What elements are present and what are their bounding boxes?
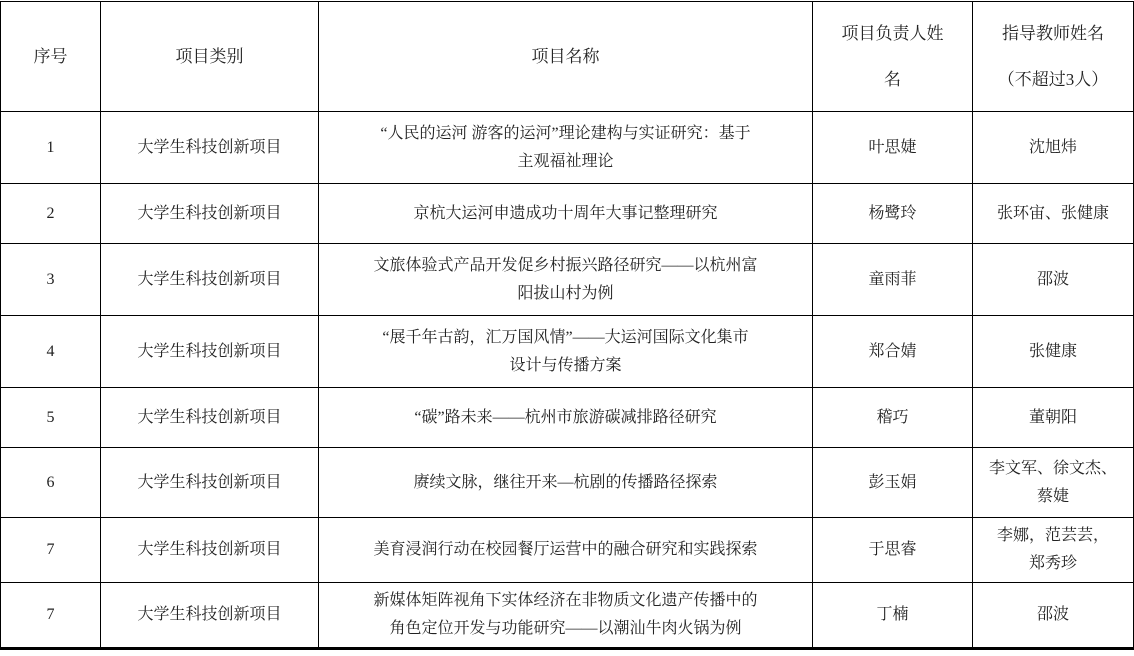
cell-project-name: 新媒体矩阵视角下实体经济在非物质文化遗产传播中的 角色定位开发与功能研究——以潮… (319, 583, 813, 649)
cell-index: 7 (1, 583, 101, 649)
project-list-table: 序号 项目类别 项目名称 项目负责人姓 名 指导教师姓名 （不超过3人） 1 大… (0, 1, 1134, 650)
cell-project-name: 京杭大运河申遗成功十周年大事记整理研究 (319, 184, 813, 244)
cell-category: 大学生科技创新项目 (101, 518, 319, 583)
cell-leader: 稽巧 (813, 388, 973, 448)
cell-category: 大学生科技创新项目 (101, 244, 319, 316)
cell-advisor: 张环宙、张健康 (973, 184, 1134, 244)
cell-leader: 郑合婧 (813, 316, 973, 388)
table-row: 1 大学生科技创新项目 “人民的运河 游客的运河”理论建构与实证研究：基于 主观… (1, 112, 1134, 184)
cell-index: 4 (1, 316, 101, 388)
table-row: 3 大学生科技创新项目 文旅体验式产品开发促乡村振兴路径研究——以杭州富 阳拔山… (1, 244, 1134, 316)
cell-category: 大学生科技创新项目 (101, 112, 319, 184)
cell-advisor: 邵波 (973, 244, 1134, 316)
cell-category: 大学生科技创新项目 (101, 316, 319, 388)
cell-index: 6 (1, 448, 101, 518)
cell-index: 3 (1, 244, 101, 316)
cell-advisor: 沈旭炜 (973, 112, 1134, 184)
cell-category: 大学生科技创新项目 (101, 583, 319, 649)
cell-category: 大学生科技创新项目 (101, 388, 319, 448)
cell-advisor: 董朝阳 (973, 388, 1134, 448)
cell-project-name: 美育浸润行动在校园餐厅运营中的融合研究和实践探索 (319, 518, 813, 583)
cell-project-name: 赓续文脉，继往开来—杭剧的传播路径探索 (319, 448, 813, 518)
table-row: 6 大学生科技创新项目 赓续文脉，继往开来—杭剧的传播路径探索 彭玉娟 李文军、… (1, 448, 1134, 518)
cell-leader: 童雨菲 (813, 244, 973, 316)
table-row: 7 大学生科技创新项目 美育浸润行动在校园餐厅运营中的融合研究和实践探索 于思睿… (1, 518, 1134, 583)
cell-advisor: 张健康 (973, 316, 1134, 388)
cell-project-name: “碳”路未来——杭州市旅游碳减排路径研究 (319, 388, 813, 448)
cell-index: 7 (1, 518, 101, 583)
cell-project-name: 文旅体验式产品开发促乡村振兴路径研究——以杭州富 阳拔山村为例 (319, 244, 813, 316)
header-advisor: 指导教师姓名 （不超过3人） (973, 2, 1134, 112)
cell-index: 2 (1, 184, 101, 244)
header-category: 项目类别 (101, 2, 319, 112)
cell-project-name: “展千年古韵，汇万国风情”——大运河国际文化集市 设计与传播方案 (319, 316, 813, 388)
cell-index: 1 (1, 112, 101, 184)
cell-index: 5 (1, 388, 101, 448)
table-row: 5 大学生科技创新项目 “碳”路未来——杭州市旅游碳减排路径研究 稽巧 董朝阳 (1, 388, 1134, 448)
header-index: 序号 (1, 2, 101, 112)
header-project-name: 项目名称 (319, 2, 813, 112)
cell-project-name: “人民的运河 游客的运河”理论建构与实证研究：基于 主观福祉理论 (319, 112, 813, 184)
cell-advisor: 李文军、徐文杰、 蔡婕 (973, 448, 1134, 518)
cell-advisor: 邵波 (973, 583, 1134, 649)
cell-leader: 丁楠 (813, 583, 973, 649)
cell-leader: 于思睿 (813, 518, 973, 583)
table-row: 7 大学生科技创新项目 新媒体矩阵视角下实体经济在非物质文化遗产传播中的 角色定… (1, 583, 1134, 649)
cell-leader: 杨鹭玲 (813, 184, 973, 244)
cell-leader: 彭玉娟 (813, 448, 973, 518)
table-row: 4 大学生科技创新项目 “展千年古韵，汇万国风情”——大运河国际文化集市 设计与… (1, 316, 1134, 388)
cell-category: 大学生科技创新项目 (101, 448, 319, 518)
cell-leader: 叶思婕 (813, 112, 973, 184)
header-leader: 项目负责人姓 名 (813, 2, 973, 112)
table-row: 2 大学生科技创新项目 京杭大运河申遗成功十周年大事记整理研究 杨鹭玲 张环宙、… (1, 184, 1134, 244)
cell-category: 大学生科技创新项目 (101, 184, 319, 244)
cell-advisor: 李娜，范芸芸， 郑秀珍 (973, 518, 1134, 583)
document-page: 序号 项目类别 项目名称 项目负责人姓 名 指导教师姓名 （不超过3人） 1 大… (0, 0, 1134, 656)
table-header-row: 序号 项目类别 项目名称 项目负责人姓 名 指导教师姓名 （不超过3人） (1, 2, 1134, 112)
